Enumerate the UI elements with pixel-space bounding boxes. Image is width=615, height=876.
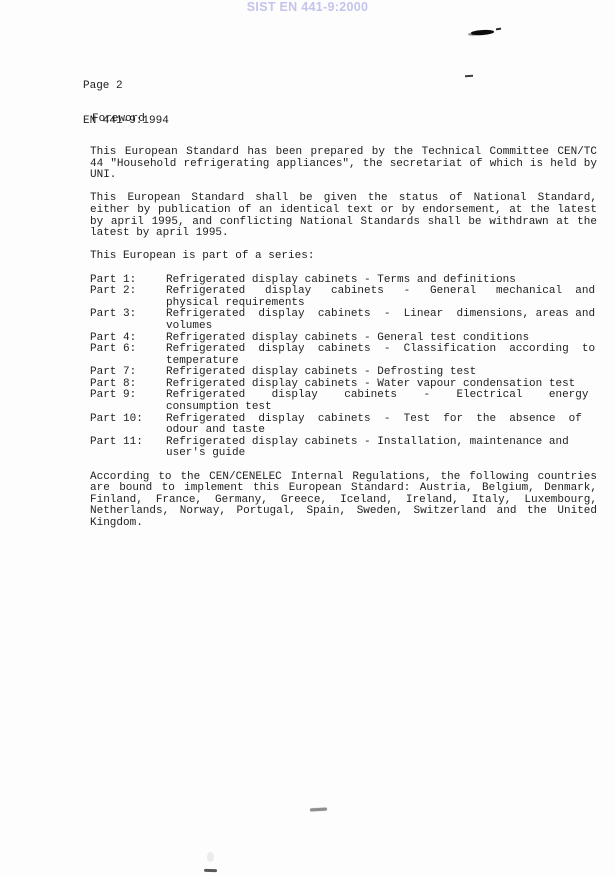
series-part-description: Refrigerated display cabinets - Test for… (166, 414, 597, 437)
page-number-label: Page 2 (83, 81, 169, 93)
stray-dash-artifact (465, 75, 473, 77)
scanned-document-page: SIST EN 441-9:2000 Page 2 EN 441-9:1994 … (0, 0, 615, 876)
paragraph-series-intro: This European is part of a series: (90, 251, 597, 263)
series-part-description: Refrigerated display cabinets - Electric… (166, 390, 597, 413)
series-part-label: Part 3: (90, 309, 166, 332)
paragraph-closing: According to the CEN/CENELEC Internal Re… (90, 472, 597, 530)
bottom-mark-artifact (204, 869, 217, 872)
ink-smudge-artifact (471, 29, 494, 35)
page-reference-block: Page 2 EN 441-9:1994 (83, 58, 169, 151)
series-part-label: Part 6: (90, 344, 166, 367)
series-part-label: Part 2: (90, 286, 166, 309)
series-parts-list: Part 1: Refrigerated display cabinets - … (90, 275, 597, 461)
series-part-description: Refrigerated display cabinets - Classifi… (166, 344, 597, 367)
series-part-label: Part 9: (90, 390, 166, 413)
series-part-row: Part 2: Refrigerated display cabinets - … (90, 286, 597, 309)
paragraph-prepared-by: This European Standard has been prepared… (90, 147, 597, 182)
series-part-label: Part 10: (90, 414, 166, 437)
series-part-row: Part 9: Refrigerated display cabinets - … (90, 390, 597, 413)
foreword-heading: Foreword (92, 114, 145, 126)
series-part-row: Part 10: Refrigerated display cabinets -… (90, 414, 597, 437)
ink-tick-artifact (496, 28, 501, 30)
series-part-label: Part 11: (90, 437, 166, 460)
scan-speck-artifact (207, 852, 214, 862)
series-part-row: Part 3: Refrigerated display cabinets - … (90, 309, 597, 332)
document-body: This European Standard has been prepared… (90, 147, 597, 541)
series-part-description: Refrigerated display cabinets - General … (166, 286, 597, 309)
series-part-row: Part 11: Refrigerated display cabinets -… (90, 437, 597, 460)
bottom-dash-artifact (310, 808, 327, 811)
series-part-description: Refrigerated display cabinets - Installa… (166, 437, 597, 460)
paragraph-status: This European Standard shall be given th… (90, 193, 597, 239)
series-part-description: Refrigerated display cabinets - Linear d… (166, 309, 597, 332)
watermark-header: SIST EN 441-9:2000 (0, 0, 615, 14)
series-part-row: Part 6: Refrigerated display cabinets - … (90, 344, 597, 367)
